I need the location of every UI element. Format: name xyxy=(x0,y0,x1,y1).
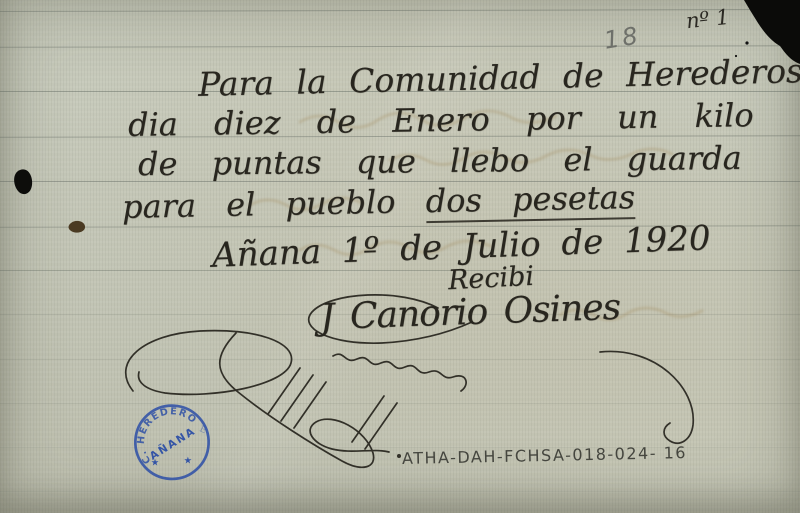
paper-hole-small xyxy=(69,221,86,233)
stamp-star-icon: ★ xyxy=(184,456,193,467)
paper-speck xyxy=(745,41,748,44)
scanned-receipt-page: Para la Comunidad de Herederos dia diez … xyxy=(0,0,800,513)
pencil-page-number: 18 xyxy=(602,21,642,54)
paper-speck xyxy=(735,55,737,57)
heirs-community-stamp: C. HEREDEROS AÑANA ★ ★ E xyxy=(118,396,226,504)
paper-hole xyxy=(14,169,32,194)
stamp-edge-mark: E xyxy=(198,424,208,436)
stamp-star-icon: ★ xyxy=(151,457,160,468)
torn-corner xyxy=(744,0,800,64)
